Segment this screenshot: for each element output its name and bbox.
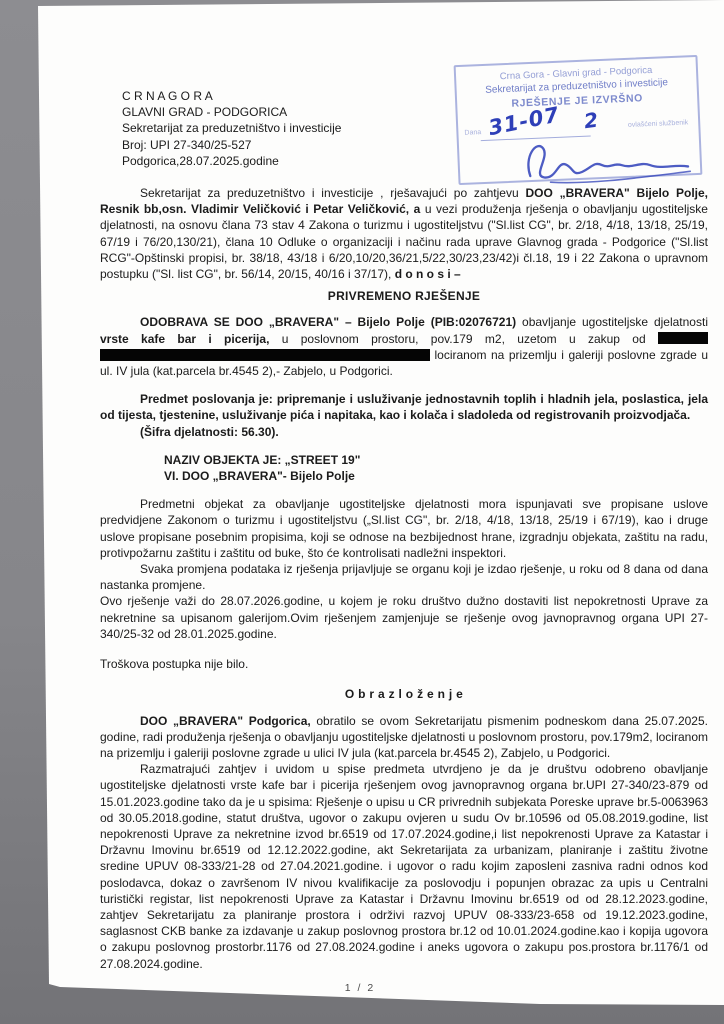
stamp-date-label: Dana — [464, 129, 481, 137]
activity-code-line: (Šifra djelatnosti: 56.30). — [100, 424, 708, 440]
text-segment: DOO „BRAVERA" Podgorica, — [140, 714, 316, 728]
text-segment: vrste kafe bar i picerija, — [100, 332, 282, 346]
owner-line: VI. DOO „BRAVERA"- Bijelo Polje — [164, 468, 708, 484]
page-number: 1 / 2 — [300, 982, 420, 994]
redaction-bar — [100, 349, 430, 361]
document-page: C R N A G O R A GLAVNI GRAD - PODGORICA … — [0, 0, 724, 1024]
text-segment: Sekretarijat za preduzetništvo i investi… — [140, 186, 525, 200]
approval-paragraph: ODOBRAVA SE DOO „BRAVERA" – Bijelo Polje… — [100, 314, 708, 379]
conditions-paragraph: Predmetni objekat za obavljanje ugostite… — [100, 496, 708, 561]
document-title: PRIVREMENO RJEŠENJE — [100, 288, 708, 304]
text-segment: d o n o s i – — [395, 267, 461, 281]
document-content: C R N A G O R A GLAVNI GRAD - PODGORICA … — [100, 88, 708, 972]
validity-paragraph: Ovo rješenje važi do 28.07.2026.godine, … — [100, 593, 708, 642]
object-name-line: NAZIV OBJEKTA JE: „STREET 19" — [164, 452, 708, 468]
request-paragraph: DOO „BRAVERA" Podgorica, obratilo se ovo… — [100, 713, 708, 762]
business-scope-paragraph: Predmet poslovanja je: pripremanje i usl… — [100, 391, 708, 423]
official-stamp: Crna Gora - Glavni grad - Podgorica Sekr… — [454, 55, 703, 185]
scan-background: C R N A G O R A GLAVNI GRAD - PODGORICA … — [0, 0, 724, 1024]
review-paragraph: Razmatrajući zahtjev i uvidom u spise pr… — [100, 761, 708, 972]
explanation-title: O b r a z l o ž e n j e — [100, 686, 708, 702]
redaction-bar — [658, 332, 708, 344]
text-segment: u poslovnom prostoru, pov.179 m2, uzetom… — [282, 332, 658, 346]
text-segment: ODOBRAVA SE DOO „BRAVERA" – Bijelo Polje… — [140, 315, 522, 329]
costs-line: Troškova postupka nije bilo. — [100, 656, 708, 672]
intro-paragraph: Sekretarijat za preduzetništvo i investi… — [100, 185, 708, 282]
handwritten-year: 2 — [583, 108, 600, 134]
signature-scribble — [519, 129, 696, 188]
text-segment: obavljanje ugostiteljske djelatnosti — [522, 315, 708, 329]
change-notice-paragraph: Svaka promjena podataka iz rješenja prij… — [100, 561, 708, 593]
